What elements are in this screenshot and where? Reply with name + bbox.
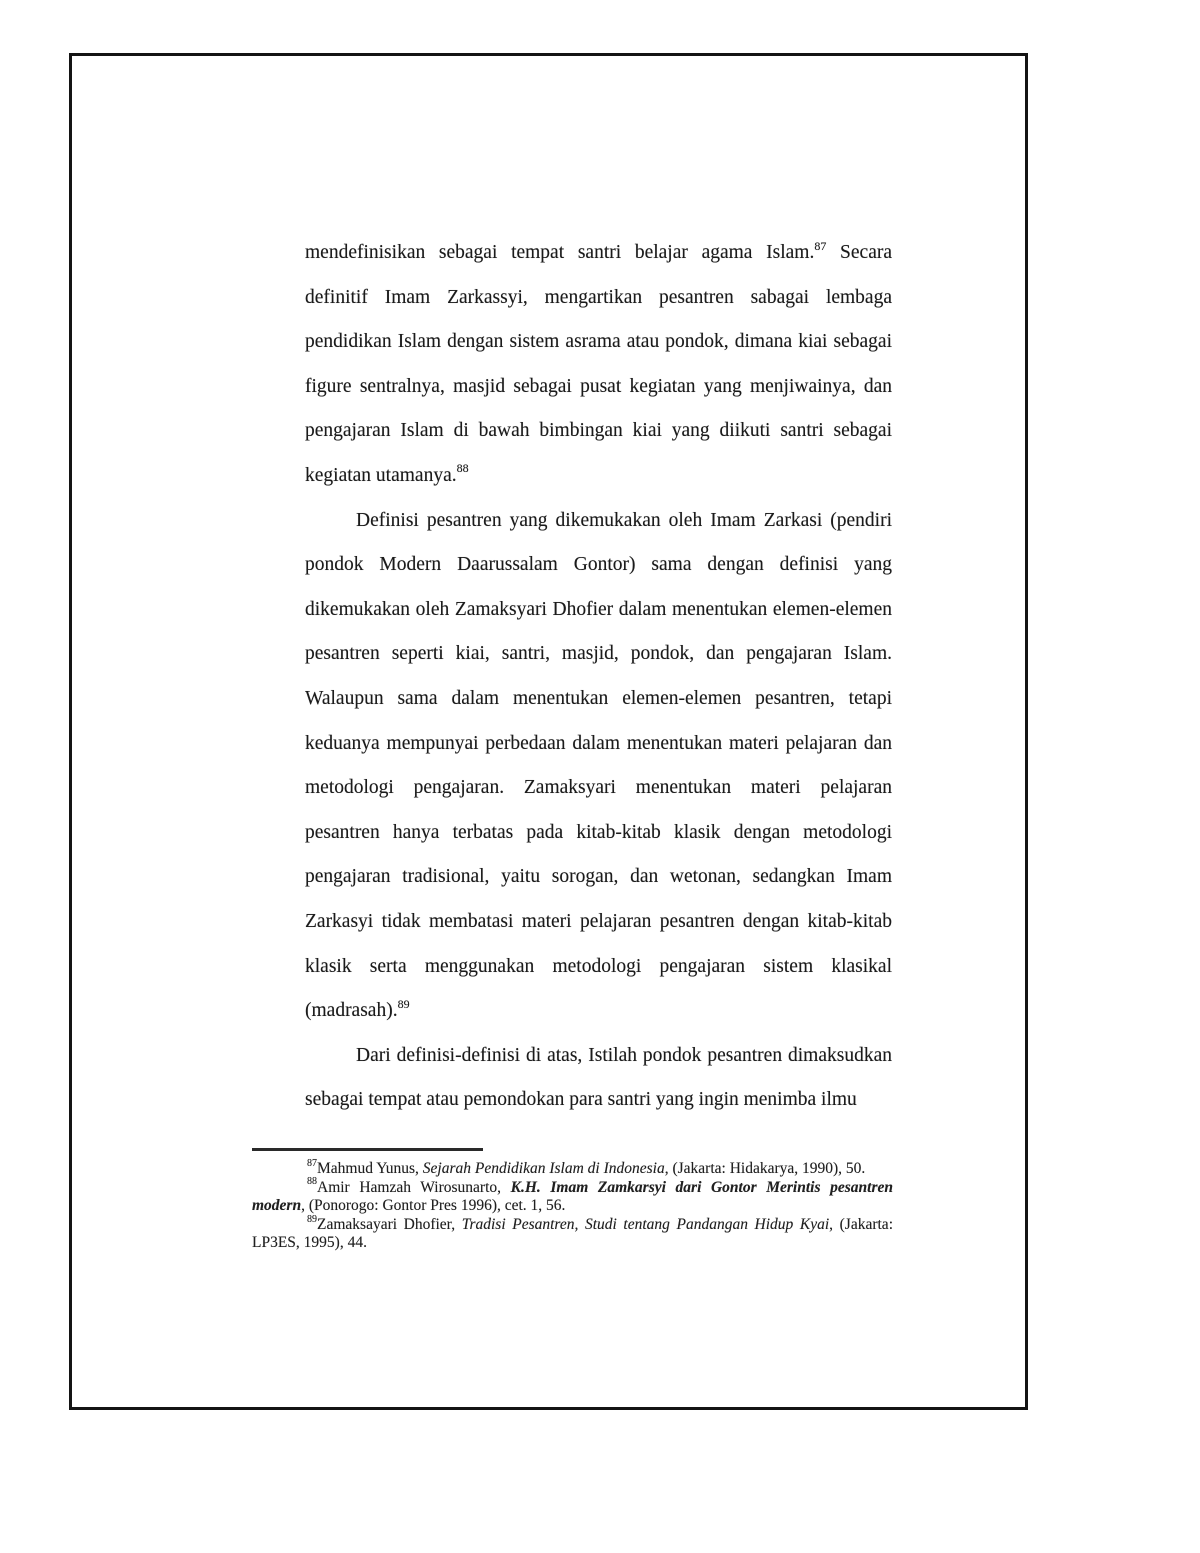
paragraph-text: Definisi pesantren yang dikemukakan oleh…	[305, 510, 892, 1022]
footnote-ref-88: 88	[457, 461, 469, 475]
footnote-author: Mahmud Yunus,	[317, 1160, 423, 1177]
footnote-ref-89: 89	[398, 997, 410, 1011]
footnote-separator	[252, 1148, 483, 1151]
document-body: mendefinisikan sebagai tempat santri bel…	[305, 231, 892, 1123]
footnote-author: Amir Hamzah Wirosunarto,	[317, 1179, 511, 1196]
footnote-title: Tradisi Pesantren, Studi tentang Pandang…	[462, 1216, 829, 1233]
footnote-publication: , (Ponorogo: Gontor Pres 1996), cet. 1, …	[301, 1197, 565, 1214]
footnote-marker: 89	[307, 1214, 317, 1225]
paragraph-2: Definisi pesantren yang dikemukakan oleh…	[305, 499, 892, 1034]
footnote-89: 89Zamaksayari Dhofier, Tradisi Pesantren…	[252, 1216, 893, 1253]
paragraph-3: Dari definisi-definisi di atas, Istilah …	[305, 1034, 892, 1123]
scanned-document-page: { "document": { "body": { "para1": { "t1…	[0, 0, 1200, 1553]
footnote-ref-87: 87	[814, 239, 826, 253]
footnote-marker: 87	[307, 1158, 317, 1169]
paragraph-1: mendefinisikan sebagai tempat santri bel…	[305, 231, 892, 499]
paragraph-text: Secara definitif Imam Zarkassyi, mengart…	[305, 242, 892, 486]
footnote-88: 88Amir Hamzah Wirosunarto, K.H. Imam Zam…	[252, 1179, 893, 1216]
footnote-87: 87Mahmud Yunus, Sejarah Pendidikan Islam…	[252, 1160, 893, 1179]
footnote-marker: 88	[307, 1176, 317, 1187]
paragraph-text: mendefinisikan sebagai tempat santri bel…	[305, 242, 814, 263]
footnotes-section: 87Mahmud Yunus, Sejarah Pendidikan Islam…	[252, 1160, 893, 1253]
footnote-title: Sejarah Pendidikan Islam di Indonesia	[423, 1160, 665, 1177]
footnote-publication: , (Jakarta: Hidakarya, 1990), 50.	[665, 1160, 866, 1177]
paragraph-text: Dari definisi-definisi di atas, Istilah …	[305, 1045, 892, 1111]
footnote-author: Zamaksayari Dhofier,	[317, 1216, 462, 1233]
